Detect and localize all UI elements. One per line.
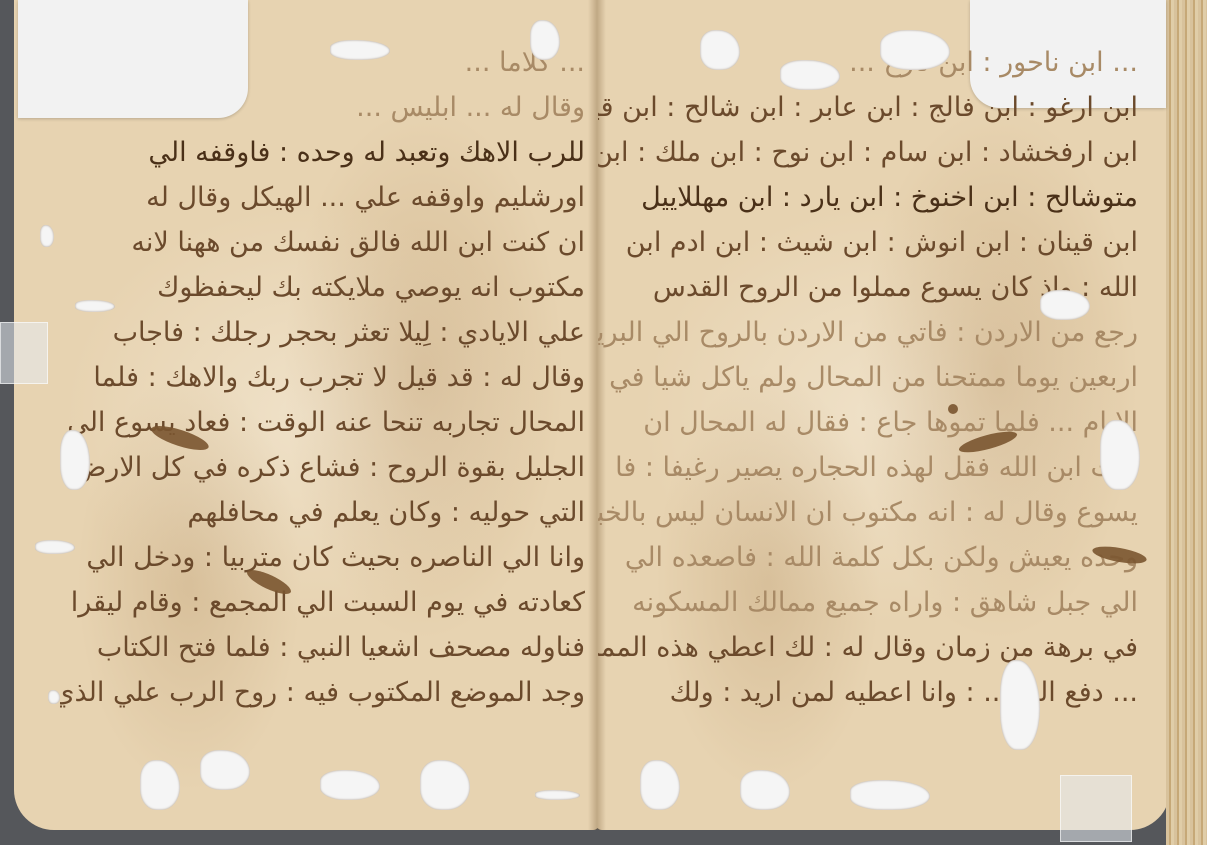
damage-hole: [320, 770, 380, 800]
text-line: علي الايادي : لِيلا تعثر بحجر رجلك : فاج…: [60, 310, 585, 355]
damage-hole: [880, 30, 950, 70]
damage-hole: [40, 225, 54, 247]
text-line: ان كنت ابن الله فالق نفسك من ههنا لانه: [60, 220, 585, 265]
damage-hole: [420, 760, 470, 810]
right-page-text: ... ابن ناحور : ابن تارح ... ابن ارغو : …: [598, 40, 1138, 715]
repair-tape: [0, 322, 48, 384]
text-line: كعادته في يوم السبت الي المجمع : وقام لي…: [60, 580, 585, 625]
text-line: وقال له : قد قيل لا تجرب ربك والاهك : فل…: [60, 355, 585, 400]
text-line: للرب الاهك وتعبد له وحده : فاوقفه الي: [60, 130, 585, 175]
text-line: الجليل بقوة الروح : فشاع ذكره في كل الار…: [60, 445, 585, 490]
text-line: مكتوب انه يوصي ملايكته بك ليحفظوك: [60, 265, 585, 310]
text-line: في برهة من زمان وقال له : لك اعطي هذه ال…: [598, 625, 1138, 670]
fore-edge: [1166, 0, 1207, 845]
damage-hole: [75, 300, 115, 312]
text-line: الايام ... فلما تموها جاع : فقال له المح…: [598, 400, 1138, 445]
text-line: اورشليم واوقفه علي ... الهيكل وقال له: [60, 175, 585, 220]
text-line: ... كلاما ...: [60, 40, 585, 85]
text-line: التي حوليه : وكان يعلم في محافلهم: [60, 490, 585, 535]
text-line: وحده يعيش ولكن بكل كلمة الله : فاصعده ال…: [598, 535, 1138, 580]
left-page-text: ... كلاما ... وقال له ... ابليس ... للرب…: [60, 40, 585, 715]
text-line: اربعين يوما ممتحنا من المحال ولم ياكل شي…: [598, 355, 1138, 400]
damage-hole: [48, 690, 60, 704]
damage-hole: [535, 790, 580, 800]
damage-hole: [780, 60, 840, 90]
text-line: يسوع وقال له : انه مكتوب ان الانسان ليس …: [598, 490, 1138, 535]
text-line: فناوله مصحف اشعيا النبي : فلما فتح الكتا…: [60, 625, 585, 670]
text-line: ابن ارفخشاد : ابن سام : ابن نوح : ابن مل…: [598, 130, 1138, 175]
damage-hole: [740, 770, 790, 810]
text-line: الي جبل شاهق : واراه جميع ممالك المسكونه: [598, 580, 1138, 625]
text-line: ... ابن ناحور : ابن تارح ...: [598, 40, 1138, 85]
text-line: وانا الي الناصره بحيث كان متربيا : ودخل …: [60, 535, 585, 580]
damage-hole: [700, 30, 740, 70]
text-line: كنت ابن الله فقل لهذه الحجاره يصير رغيفا…: [598, 445, 1138, 490]
text-line: ... دفع الي ... : وانا اعطيه لمن اريد : …: [598, 670, 1138, 715]
damage-hole: [330, 40, 390, 60]
damage-hole: [530, 20, 560, 60]
ink-stain: [948, 404, 958, 414]
text-line: المحال تجاربه تنحا عنه الوقت : فعاد يسوع…: [60, 400, 585, 445]
text-line: ابن قينان : ابن انوش : ابن شيث : ابن ادم…: [598, 220, 1138, 265]
text-line: وجد الموضع المكتوب فيه : روح الرب علي ال…: [60, 670, 585, 715]
damage-hole: [200, 750, 250, 790]
damage-hole: [35, 540, 75, 554]
manuscript-spread: ... كلاما ... وقال له ... ابليس ... للرب…: [0, 0, 1207, 845]
damage-hole: [640, 760, 680, 810]
text-line: وقال له ... ابليس ...: [60, 85, 585, 130]
damage-hole: [140, 760, 180, 810]
damage-hole: [1040, 290, 1090, 320]
text-line: متوشالح : ابن اخنوخ : ابن يارد : ابن مهل…: [598, 175, 1138, 220]
repair-tape: [1060, 775, 1132, 842]
damage-hole: [850, 780, 930, 810]
text-line: ابن ارغو : ابن فالج : ابن عابر : ابن شال…: [598, 85, 1138, 130]
